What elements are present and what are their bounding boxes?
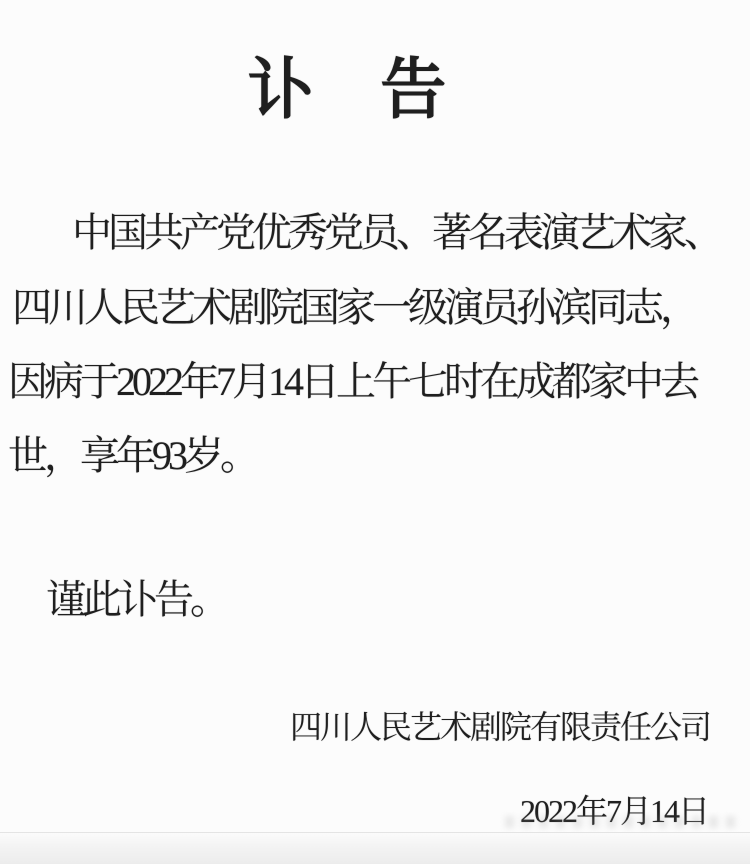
signature-line: 四川人民艺术剧院有限责任公司 <box>290 702 710 748</box>
photo-artifact-smudge <box>505 816 740 828</box>
photo-bottom-band <box>0 832 750 864</box>
body-line-2: 四川人民艺术剧院国家一级演员孙滨同志， <box>12 276 696 333</box>
obituary-document-page: 讣 告 中国共产党优秀党员、著名表演艺术家、 四川人民艺术剧院国家一级演员孙滨同… <box>0 0 750 864</box>
closing-line: 谨此讣告。 <box>46 568 226 625</box>
body-line-3: 因病于2022年7月14日上午七时在成都家中去 <box>8 350 696 407</box>
notice-title: 讣 告 <box>0 36 723 131</box>
body-line-4: 世，享年93岁。 <box>8 424 256 481</box>
body-line-1: 中国共产党优秀党员、著名表演艺术家、 <box>72 201 720 258</box>
